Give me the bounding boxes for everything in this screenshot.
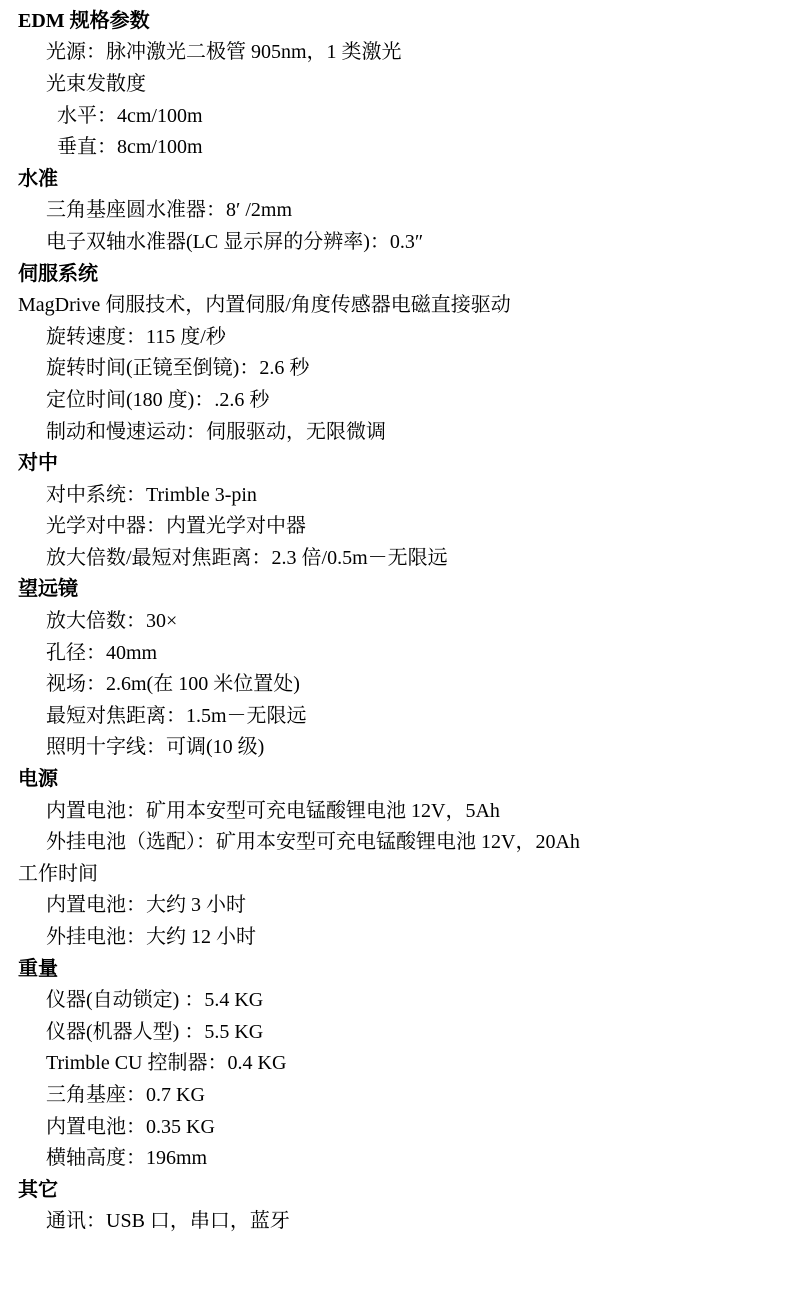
spec-line: 外挂电池：大约 12 小时 [0, 921, 790, 953]
spec-line: 工作时间 [0, 858, 790, 890]
spec-line: 最短对焦距离：1.5m－无限远 [0, 700, 790, 732]
spec-line: 仪器(自动锁定) ：5.4 KG [0, 984, 790, 1016]
spec-line: 旋转时间(正镜至倒镜)：2.6 秒 [0, 353, 790, 385]
spec-line: Trimble CU 控制器：0.4 KG [0, 1048, 790, 1080]
spec-line: 照明十字线：可调(10 级) [0, 732, 790, 764]
spec-line: 垂直：8cm/100m [0, 131, 790, 163]
spec-line: 放大倍数：30× [0, 605, 790, 637]
section-heading: 水准 [0, 163, 790, 195]
spec-line: 内置电池：矿用本安型可充电锰酸锂电池 12V，5Ah [0, 795, 790, 827]
spec-line: 通讯：USB 口，串口，蓝牙 [0, 1206, 790, 1238]
spec-line: 对中系统：Trimble 3-pin [0, 479, 790, 511]
section-heading: 重量 [0, 953, 790, 985]
spec-line: 光源：脉冲激光二极管 905nm，1 类激光 [0, 37, 790, 69]
section-heading: EDM 规格参数 [0, 5, 790, 37]
spec-line: 三角基座：0.7 KG [0, 1079, 790, 1111]
spec-line: 水平：4cm/100m [0, 100, 790, 132]
section-heading: 其它 [0, 1174, 790, 1206]
spec-line: 内置电池：0.35 KG [0, 1111, 790, 1143]
section-heading: 电源 [0, 763, 790, 795]
spec-line: 定位时间(180 度)：.2.6 秒 [0, 384, 790, 416]
spec-line: 内置电池：大约 3 小时 [0, 890, 790, 922]
spec-line: MagDrive 伺服技术，内置伺服/角度传感器电磁直接驱动 [0, 289, 790, 321]
spec-line: 视场：2.6m(在 100 米位置处) [0, 668, 790, 700]
spec-line: 孔径：40mm [0, 637, 790, 669]
spec-line: 电子双轴水准器(LC 显示屏的分辨率)：0.3″ [0, 226, 790, 258]
spec-line: 旋转速度：115 度/秒 [0, 321, 790, 353]
spec-line: 仪器(机器人型) ：5.5 KG [0, 1016, 790, 1048]
section-heading: 对中 [0, 447, 790, 479]
spec-line: 制动和慢速运动：伺服驱动，无限微调 [0, 416, 790, 448]
spec-line: 三角基座圆水准器：8′ /2mm [0, 195, 790, 227]
section-heading: 伺服系统 [0, 258, 790, 290]
spec-line: 光束发散度 [0, 68, 790, 100]
spec-line: 外挂电池（选配）：矿用本安型可充电锰酸锂电池 12V，20Ah [0, 826, 790, 858]
section-heading: 望远镜 [0, 574, 790, 606]
spec-line: 横轴高度：196mm [0, 1142, 790, 1174]
spec-line: 光学对中器：内置光学对中器 [0, 511, 790, 543]
spec-line: 放大倍数/最短对焦距离：2.3 倍/0.5m－无限远 [0, 542, 790, 574]
document-page: EDM 规格参数光源：脉冲激光二极管 905nm，1 类激光光束发散度水平：4c… [0, 0, 790, 1300]
